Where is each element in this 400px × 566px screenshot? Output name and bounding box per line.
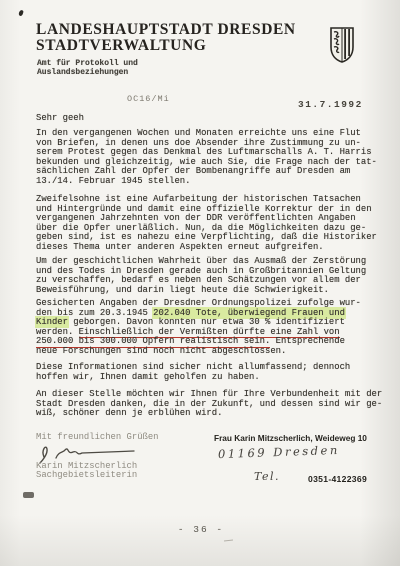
scan-dash-artifact <box>224 540 233 542</box>
text-segment: Gesicherten Angaben der Dresdner Ordnung… <box>36 298 361 308</box>
paragraph-6: An dieser Stelle möchten wir Ihnen für I… <box>36 390 392 419</box>
highlighted-text: Kinder <box>36 317 68 327</box>
letterhead-org-line2: STADTVERWALTUNG <box>36 38 206 54</box>
scan-artifact-mark <box>18 10 24 17</box>
text-line: neue Forschungen sind noch nicht abgesch… <box>36 347 392 357</box>
scan-smudge <box>23 492 34 498</box>
dresden-coat-of-arms-icon <box>328 26 356 69</box>
file-reference: OC16/Mi <box>127 94 170 104</box>
text-segment: neue Forschungen sind noch nicht abgesch… <box>36 346 286 356</box>
salutation: Sehr geeh <box>36 114 392 124</box>
text-segment: geborgen. Davon konnten nur etwa 30 % id… <box>68 317 345 327</box>
handwritten-tel-label: Tel. <box>254 470 280 483</box>
paragraph-1: In den vergangenen Wochen und Monaten er… <box>36 129 392 187</box>
contact-name-address: Frau Karin Mitzscherlich, Weideweg 10 <box>214 433 367 443</box>
text-segment: Entsprechende <box>270 336 345 346</box>
paragraph-2: Zweifelsohne ist eine Aufarbeitung der h… <box>36 195 392 253</box>
letterhead-dept-line2: Auslandsbeziehungen <box>37 68 128 78</box>
paragraph-casualty-figures: Gesicherten Angaben der Dresdner Ordnung… <box>36 299 392 357</box>
telephone-number: 0351-4122369 <box>308 474 367 484</box>
page-number: - 36 - <box>166 524 236 535</box>
handwritten-postal-city: 01169 Dresden <box>218 443 340 461</box>
paragraph-3: Um der geschichtlichen Wahrheit über das… <box>36 257 392 295</box>
letter-date: 31.7.1992 <box>298 99 363 110</box>
letterhead-org-line1: LANDESHAUPTSTADT DRESDEN <box>36 22 296 38</box>
paragraph-5: Diese Informationen sind sicher nicht al… <box>36 363 392 382</box>
scanned-letter-page: LANDESHAUPTSTADT DRESDEN STADTVERWALTUNG… <box>0 0 400 566</box>
